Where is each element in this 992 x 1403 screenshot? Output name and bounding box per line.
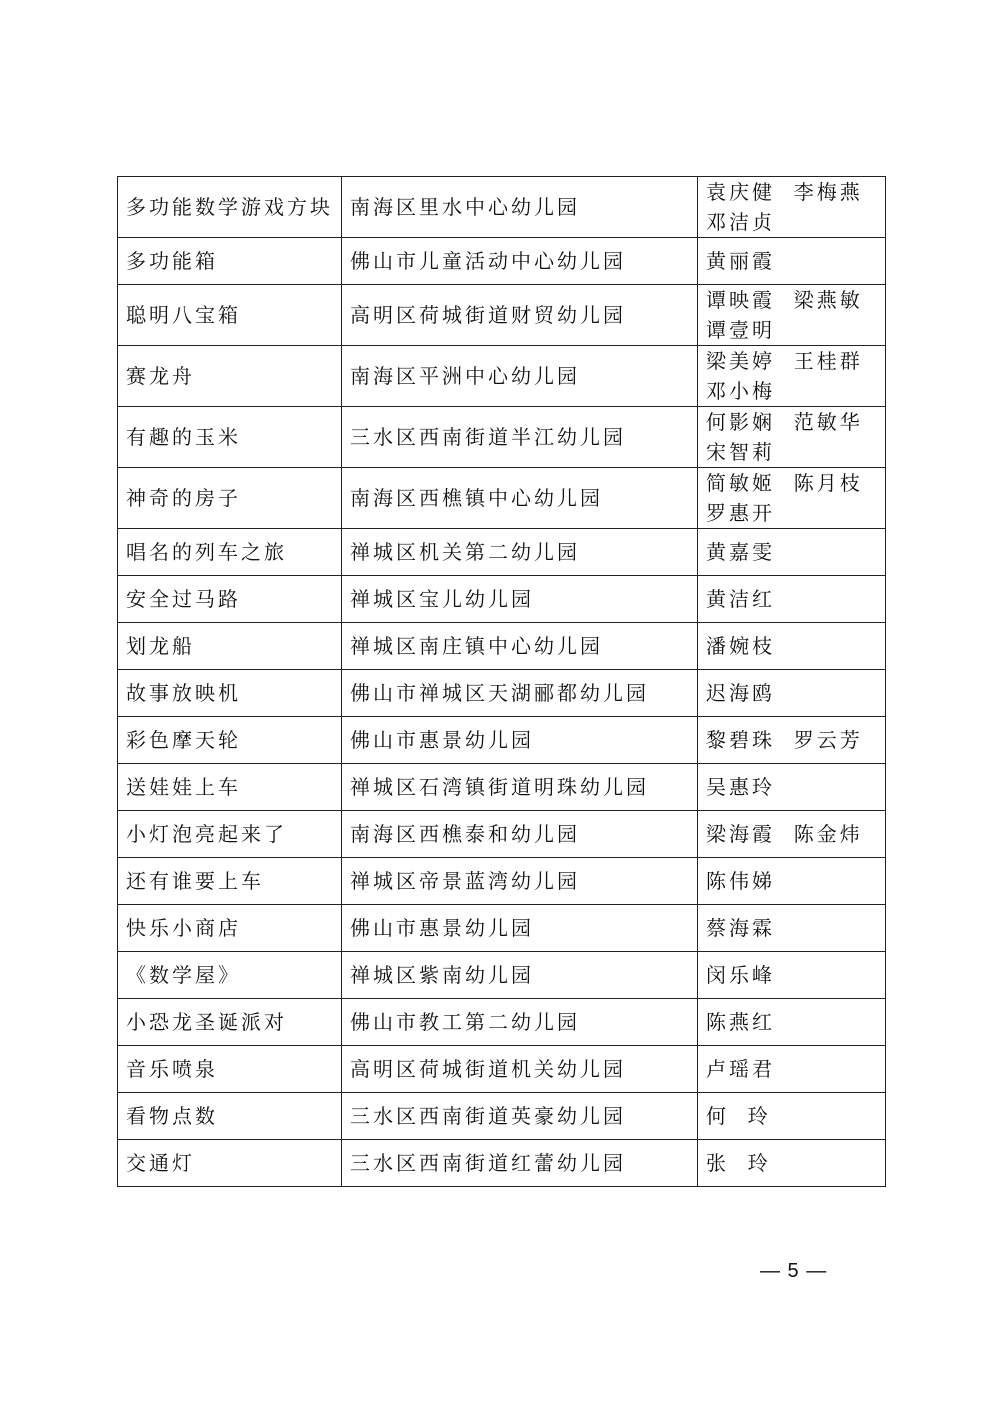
unit-name-cell: 禅城区帝景蓝湾幼儿园 bbox=[342, 858, 698, 905]
table-row: 划龙船禅城区南庄镇中心幼儿园潘婉枝 bbox=[118, 623, 886, 670]
authors-cell: 黄洁红 bbox=[698, 576, 886, 623]
work-title-cell: 彩色摩天轮 bbox=[118, 717, 342, 764]
work-title-cell: 赛龙舟 bbox=[118, 346, 342, 407]
table-row: 《数学屋》禅城区紫南幼儿园闵乐峰 bbox=[118, 952, 886, 999]
authors-cell: 简敏姬 陈月枝 罗惠开 bbox=[698, 468, 886, 529]
table-row: 送娃娃上车禅城区石湾镇街道明珠幼儿园吴惠玲 bbox=[118, 764, 886, 811]
work-title-cell: 小恐龙圣诞派对 bbox=[118, 999, 342, 1046]
unit-name-cell: 南海区西樵镇中心幼儿园 bbox=[342, 468, 698, 529]
table-row: 交通灯三水区西南街道红蕾幼儿园张 玲 bbox=[118, 1140, 886, 1187]
work-title-cell: 快乐小商店 bbox=[118, 905, 342, 952]
unit-name-cell: 南海区里水中心幼儿园 bbox=[342, 177, 698, 238]
unit-name-cell: 佛山市教工第二幼儿园 bbox=[342, 999, 698, 1046]
unit-name-cell: 三水区西南街道红蕾幼儿园 bbox=[342, 1140, 698, 1187]
authors-cell: 潘婉枝 bbox=[698, 623, 886, 670]
table-row: 神奇的房子南海区西樵镇中心幼儿园简敏姬 陈月枝 罗惠开 bbox=[118, 468, 886, 529]
table-row: 聪明八宝箱高明区荷城街道财贸幼儿园谭映霞 梁燕敏 谭壹明 bbox=[118, 285, 886, 346]
table-row: 故事放映机佛山市禅城区天湖郦都幼儿园迟海鸥 bbox=[118, 670, 886, 717]
work-title-cell: 多功能箱 bbox=[118, 238, 342, 285]
unit-name-cell: 佛山市儿童活动中心幼儿园 bbox=[342, 238, 698, 285]
authors-cell: 蔡海霖 bbox=[698, 905, 886, 952]
work-title-cell: 送娃娃上车 bbox=[118, 764, 342, 811]
work-title-cell: 看物点数 bbox=[118, 1093, 342, 1140]
award-table-body: 多功能数学游戏方块南海区里水中心幼儿园袁庆健 李梅燕 邓洁贞多功能箱佛山市儿童活… bbox=[118, 177, 886, 1187]
award-table: 多功能数学游戏方块南海区里水中心幼儿园袁庆健 李梅燕 邓洁贞多功能箱佛山市儿童活… bbox=[117, 176, 886, 1187]
unit-name-cell: 高明区荷城街道财贸幼儿园 bbox=[342, 285, 698, 346]
unit-name-cell: 佛山市惠景幼儿园 bbox=[342, 717, 698, 764]
table-row: 彩色摩天轮佛山市惠景幼儿园黎碧珠 罗云芳 bbox=[118, 717, 886, 764]
unit-name-cell: 高明区荷城街道机关幼儿园 bbox=[342, 1046, 698, 1093]
authors-cell: 梁美婷 王桂群 邓小梅 bbox=[698, 346, 886, 407]
authors-cell: 陈燕红 bbox=[698, 999, 886, 1046]
table-row: 小灯泡亮起来了南海区西樵泰和幼儿园梁海霞 陈金炜 bbox=[118, 811, 886, 858]
work-title-cell: 故事放映机 bbox=[118, 670, 342, 717]
authors-cell: 黄丽霞 bbox=[698, 238, 886, 285]
table-row: 多功能箱佛山市儿童活动中心幼儿园黄丽霞 bbox=[118, 238, 886, 285]
authors-cell: 迟海鸥 bbox=[698, 670, 886, 717]
authors-cell: 张 玲 bbox=[698, 1140, 886, 1187]
unit-name-cell: 佛山市禅城区天湖郦都幼儿园 bbox=[342, 670, 698, 717]
page-number: — 5 — bbox=[760, 1260, 827, 1283]
table-row: 唱名的列车之旅禅城区机关第二幼儿园黄嘉雯 bbox=[118, 529, 886, 576]
work-title-cell: 还有谁要上车 bbox=[118, 858, 342, 905]
work-title-cell: 划龙船 bbox=[118, 623, 342, 670]
work-title-cell: 聪明八宝箱 bbox=[118, 285, 342, 346]
table-row: 赛龙舟南海区平洲中心幼儿园梁美婷 王桂群 邓小梅 bbox=[118, 346, 886, 407]
unit-name-cell: 南海区平洲中心幼儿园 bbox=[342, 346, 698, 407]
table-row: 多功能数学游戏方块南海区里水中心幼儿园袁庆健 李梅燕 邓洁贞 bbox=[118, 177, 886, 238]
table-row: 小恐龙圣诞派对佛山市教工第二幼儿园陈燕红 bbox=[118, 999, 886, 1046]
authors-cell: 黎碧珠 罗云芳 bbox=[698, 717, 886, 764]
unit-name-cell: 三水区西南街道英豪幼儿园 bbox=[342, 1093, 698, 1140]
authors-cell: 谭映霞 梁燕敏 谭壹明 bbox=[698, 285, 886, 346]
authors-cell: 何 玲 bbox=[698, 1093, 886, 1140]
table-row: 快乐小商店佛山市惠景幼儿园蔡海霖 bbox=[118, 905, 886, 952]
unit-name-cell: 禅城区南庄镇中心幼儿园 bbox=[342, 623, 698, 670]
authors-cell: 袁庆健 李梅燕 邓洁贞 bbox=[698, 177, 886, 238]
unit-name-cell: 禅城区紫南幼儿园 bbox=[342, 952, 698, 999]
unit-name-cell: 禅城区宝儿幼儿园 bbox=[342, 576, 698, 623]
table-row: 看物点数三水区西南街道英豪幼儿园何 玲 bbox=[118, 1093, 886, 1140]
table-row: 音乐喷泉高明区荷城街道机关幼儿园卢瑶君 bbox=[118, 1046, 886, 1093]
work-title-cell: 唱名的列车之旅 bbox=[118, 529, 342, 576]
unit-name-cell: 三水区西南街道半江幼儿园 bbox=[342, 407, 698, 468]
work-title-cell: 交通灯 bbox=[118, 1140, 342, 1187]
authors-cell: 何影娴 范敏华 宋智莉 bbox=[698, 407, 886, 468]
authors-cell: 陈伟娣 bbox=[698, 858, 886, 905]
work-title-cell: 小灯泡亮起来了 bbox=[118, 811, 342, 858]
table-row: 安全过马路禅城区宝儿幼儿园黄洁红 bbox=[118, 576, 886, 623]
unit-name-cell: 禅城区石湾镇街道明珠幼儿园 bbox=[342, 764, 698, 811]
authors-cell: 卢瑶君 bbox=[698, 1046, 886, 1093]
authors-cell: 闵乐峰 bbox=[698, 952, 886, 999]
work-title-cell: 安全过马路 bbox=[118, 576, 342, 623]
authors-cell: 黄嘉雯 bbox=[698, 529, 886, 576]
authors-cell: 吴惠玲 bbox=[698, 764, 886, 811]
work-title-cell: 有趣的玉米 bbox=[118, 407, 342, 468]
work-title-cell: 多功能数学游戏方块 bbox=[118, 177, 342, 238]
unit-name-cell: 禅城区机关第二幼儿园 bbox=[342, 529, 698, 576]
work-title-cell: 《数学屋》 bbox=[118, 952, 342, 999]
unit-name-cell: 佛山市惠景幼儿园 bbox=[342, 905, 698, 952]
work-title-cell: 音乐喷泉 bbox=[118, 1046, 342, 1093]
authors-cell: 梁海霞 陈金炜 bbox=[698, 811, 886, 858]
table-row: 有趣的玉米三水区西南街道半江幼儿园何影娴 范敏华 宋智莉 bbox=[118, 407, 886, 468]
table-row: 还有谁要上车禅城区帝景蓝湾幼儿园陈伟娣 bbox=[118, 858, 886, 905]
work-title-cell: 神奇的房子 bbox=[118, 468, 342, 529]
unit-name-cell: 南海区西樵泰和幼儿园 bbox=[342, 811, 698, 858]
